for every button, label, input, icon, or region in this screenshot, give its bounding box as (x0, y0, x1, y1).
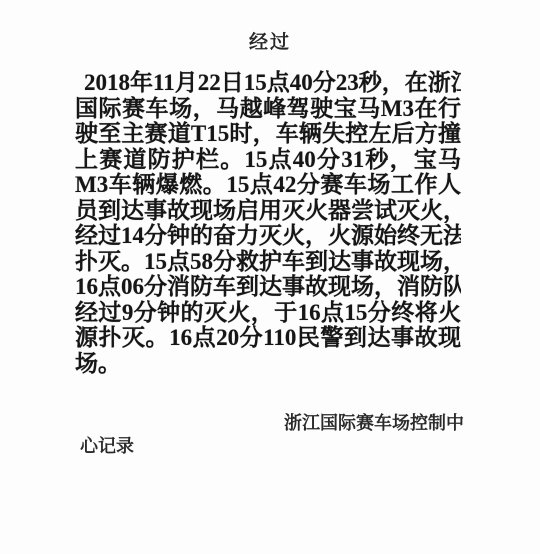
document-title: 经过 (0, 31, 540, 55)
body-text-line: 驶至主赛道T15时，车辆失控左后方撞 (75, 121, 461, 147)
signature-line: 浙江国际赛车场控制中 (80, 412, 464, 435)
body-text-line: 经过14分钟的奋力灭火，火源始终无法 (75, 223, 461, 249)
document-body: 2018年11月22日15点40分23秒，在浙江国际赛车场，马越峰驾驶宝马M3在… (75, 70, 461, 376)
body-text-line: 国际赛车场，马越峰驾驶宝马M3在行 (75, 96, 461, 122)
body-text-line: 上赛道防护栏。15点40分31秒，宝马 (75, 147, 461, 173)
body-text-line: 2018年11月22日15点40分23秒，在浙江 (75, 70, 461, 96)
body-text-line: 扑灭。15点58分救护车到达事故现场， (75, 249, 461, 275)
body-text-line: 16点06分消防车到达事故现场，消防队 (75, 274, 461, 300)
body-text-line: 源扑灭。16点20分110民警到达事故现 (75, 325, 461, 351)
body-text-line: 经过9分钟的灭火，于16点15分终将火 (75, 300, 461, 326)
body-text-line: 场。 (75, 351, 461, 377)
body-text-line: M3车辆爆燃。15点42分赛车场工作人 (75, 172, 461, 198)
document-signature: 浙江国际赛车场控制中心记录 (80, 412, 464, 458)
signature-line: 心记录 (80, 435, 464, 458)
body-text-line: 员到达事故现场启用灭火器尝试灭火， (75, 198, 461, 224)
incident-report-page: 经过 2018年11月22日15点40分23秒，在浙江国际赛车场，马越峰驾驶宝马… (0, 0, 540, 554)
